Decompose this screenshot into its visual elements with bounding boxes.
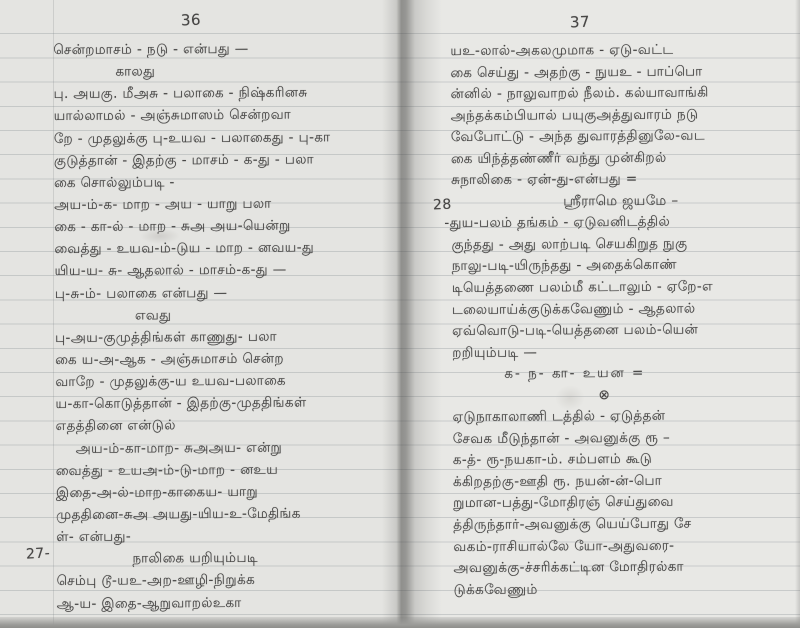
handwritten-line: அய-ம்-க- மாற - அய - யாறு பலா xyxy=(54,192,398,216)
handwritten-line: பு-சு-ம்- பலாகை என்பது — xyxy=(55,280,399,304)
handwritten-line: சேவக மீடுந்தான் - அவனுக்கு ரூ – xyxy=(453,427,800,451)
handwritten-line: வைத்து - உயஅ-ம்-டு-மாற - னஉய xyxy=(56,458,400,482)
handwritten-line: டியெத்தணை பலம்மீ கட்டாலும் - ஏறே-எ xyxy=(452,276,799,300)
handwritten-line: எதத்தினை என்டுல் xyxy=(56,413,400,437)
handwritten-line: றறியும்படி — xyxy=(452,341,799,365)
handwritten-line: ஏவ்வொடு-படி-யெத்தனை பலம்-யென் xyxy=(452,319,799,343)
handwritten-line: ⊗ xyxy=(598,384,799,407)
handwritten-line: இதை-அ-ல்-மாற-காகைய- யாறு xyxy=(56,480,400,504)
handwritten-line: அவனுக்கு-ச்சரிக்கட்டின மோதிரல்கா xyxy=(453,556,800,580)
page-number-36: 36 xyxy=(181,11,202,30)
handwritten-line: யஉ-லால்-அகலமுமாக - ஏடு-வட்ட xyxy=(450,39,797,63)
handwritten-line: சென்றமாசம் - நடு - என்பது — xyxy=(53,37,397,61)
handwritten-line: றுமான-பத்து-மோதிரஞ் செய்துவை xyxy=(453,491,800,515)
handwritten-line: வைத்து - உயவ-ம்-டுய - மாற - னவய-து xyxy=(54,236,398,260)
handwritten-line: -துய-பலம் தங்கம் - ஏடுவனிடத்தில் xyxy=(444,211,798,235)
handwritten-line: வேபோட்டு - அந்த துவாரத்தினுலே-வட xyxy=(451,125,798,149)
page-number-37: 37 xyxy=(570,13,591,32)
handwritten-line: வாறே - முதலுக்கு-ய உயவ-பலாகை xyxy=(55,369,399,393)
handwritten-line: பு-அய-குமுத்திங்கள் காணுது- பலா xyxy=(55,325,399,349)
right-page-handwritten-text: யஉ-லால்-அகலமுமாக - ஏடு-வட்டகை செய்து - அ… xyxy=(450,39,800,601)
bottom-page-edge xyxy=(0,617,800,628)
handwritten-line: கை யிந்த்தண்ணீர் வந்து முன்கிறல் xyxy=(451,147,798,171)
handwritten-line: குடுத்தான் - இதற்கு - மாசம் - க-து - பலா xyxy=(54,148,398,172)
handwritten-line: ன்னில் - நாலுவாறல் நீலம். கல்யாவாங்கி xyxy=(451,82,798,106)
handwritten-line: கை ய-அ-ஆக - அஞ்சுமாசம் சென்ற xyxy=(55,347,399,371)
handwritten-line: அய-ம்-கா-மாற- சுஅஅய- என்று xyxy=(76,435,400,459)
handwritten-line: ஸ்ரீராமெ ஜயமே – xyxy=(563,190,798,213)
handwritten-line: குந்தது - அது லாற்படி செயகிறுத நுகு xyxy=(451,233,798,257)
handwritten-line: அந்தக்கம்பியால் பயுகுஅத்துவாரம் நடு xyxy=(451,104,798,128)
handwritten-line: ய-கா-கொடுத்தான் - இதற்கு-முததிங்கள் xyxy=(55,391,399,415)
handwritten-line: ஏடுநாகாலாணி டத்தில் - ஏடுத்தன் xyxy=(453,405,800,429)
handwritten-line: பு. அயகு. மீஅசு - பலாகை - நிஷ்கரினசு xyxy=(54,81,398,105)
handwritten-line: க-த்- ரூ-நயகா-ம். சம்பளம் கூடு xyxy=(453,448,800,472)
handwritten-line: நாலு-படி-யிருந்தது - அதைக்கொண் xyxy=(452,254,799,278)
handwritten-line: க்கிறதற்கு-ஊதி ரூ. நயன்-ன்-பொ xyxy=(453,470,800,494)
handwritten-line: கை செய்து - அதற்கு - நுயஉ - பாப்பொ xyxy=(450,60,797,84)
handwritten-line: றே - முதலுக்கு பு-உயவ - பலாகைது - பு-கா xyxy=(54,126,398,150)
notebook-spread: 36 37 27- 28 சென்றமாசம் - நடு - என்பது —… xyxy=(0,0,800,628)
handwritten-line: க- ந- கா- உயன = xyxy=(504,362,799,385)
handwritten-line: முததினை-சுஅ அயது-யிய-உ-மேதிங்க xyxy=(56,502,400,526)
margin-entry-number-28: 28 xyxy=(433,197,452,214)
handwritten-line: யால்லாமல் - அஞ்சுமாஸம் சென்றவா xyxy=(54,103,398,127)
handwritten-line: வகம்-ராசியால்லே யோ-அதுவரை- xyxy=(453,535,800,559)
handwritten-line: நாலிகை யறியும்படி xyxy=(132,546,400,570)
handwritten-line: கை - கா-ல் - மாற - சுஅ அய-யென்று xyxy=(54,214,398,238)
handwritten-line: சுநாலிகை - ஏன்-து-என்பது = xyxy=(451,168,798,192)
handwritten-line: ஆ-ய- இதை-ஆறுவாறல்உகா xyxy=(57,590,401,614)
handwritten-line: ள்- என்பது- xyxy=(56,524,400,548)
handwritten-line: எவது xyxy=(135,303,399,327)
handwritten-line: செம்பு டூ-யஉ-அற-ஊழி-நிறுக்க xyxy=(56,568,400,592)
handwritten-line: டலையாய்க்குடுக்கவேணும் - ஆதலால் xyxy=(452,298,799,322)
handwritten-line: டுக்கவேணும் xyxy=(454,578,800,602)
handwritten-line: த்திருந்தார்-அவனுக்கு யெய்போது சே xyxy=(453,513,800,537)
handwritten-line: யிய-ய- சு- ஆதலால் - மாசம்-க-து — xyxy=(55,258,399,282)
handwritten-line: கை சொல்லும்படி - xyxy=(54,170,398,194)
left-page-handwritten-text: சென்றமாசம் - நடு - என்பது —காலதுபு. அயகு… xyxy=(53,37,401,615)
margin-entry-number-27: 27- xyxy=(26,545,51,562)
handwritten-line: காலது xyxy=(115,59,397,83)
